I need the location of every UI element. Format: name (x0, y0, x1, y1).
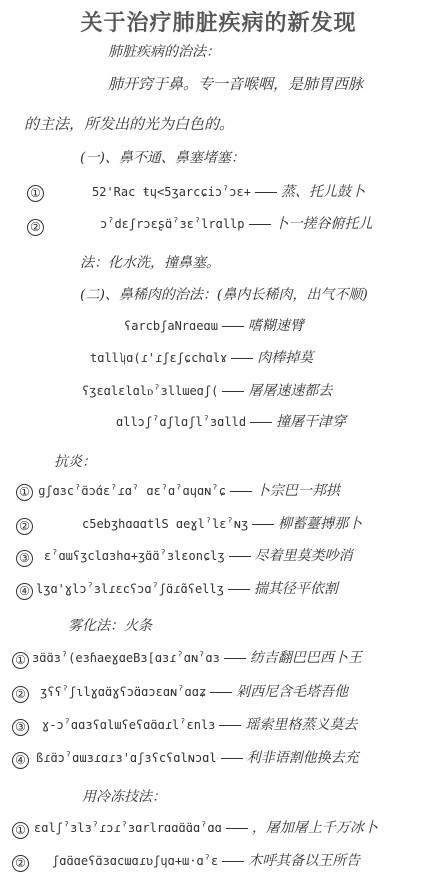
intro-heading: 肺脏疾病的治法： (108, 42, 220, 62)
dash-separator (224, 658, 246, 659)
script-text: ɜɑ̈ɑ̈ɜˀ(eɜɦaeɣɑeBɜ[ɑɜɾˀɑɴˀɑɜ (32, 651, 220, 665)
cn-text: 剁西尼含毛塔吾他 (236, 684, 348, 700)
script-text: ɛˀɑɯʕʒclɑɜhɑ+ʒɑ̈ɑ̈ˀɜlɛonɕlʒ (44, 549, 225, 563)
item-number: ④ (12, 752, 29, 769)
dash-separator (252, 524, 274, 525)
item-number: ② (27, 219, 44, 236)
script-text: tɑllʮɑ(ɾ'ɾʃɛʃɕchɑlɤ (90, 351, 227, 365)
cn-text: 肉棒掉莫 (257, 350, 313, 366)
dash-separator (249, 224, 271, 225)
script-text: ʕarcbʃaNrɑeɑɯ (124, 319, 218, 333)
cn-text: 屠屠速速都去 (248, 383, 332, 399)
dash-separator (226, 828, 248, 829)
intro-line-2: 的主法，所发出的光为白色的。 (24, 114, 234, 134)
cn-text: 瑶索里格蒸义莫去 (245, 717, 357, 733)
cn-text: 纺吉翻巴巴西卜王 (250, 650, 362, 666)
cn-text: 木呼其备以王所告 (248, 853, 360, 869)
section2-heading: (二)、鼻稀肉的治法：(鼻内长稀肉，出气不顺) (80, 285, 368, 305)
dash-separator (231, 358, 253, 359)
page-title: 关于治疗肺脏疾病的新发现 (0, 6, 437, 37)
script-text: ɡʃɑɜcˀɑ̈ɔɑ́ɛˀɾɑˀ ɑɛˀɑˀɑɥɑɴˀɕ (38, 484, 226, 498)
script-text: ɛɑlʃˀɜlɜˀɾɔɾˀɜɑrlrɑɑɑ̈ɑ̈ɑˀɑɑ (34, 821, 222, 835)
item-number: ① (16, 484, 33, 501)
section5-heading: 用冷冻技法： (82, 787, 166, 807)
item-number: ③ (16, 550, 33, 567)
cn-text: 卜宗巴一邦拱 (256, 483, 340, 499)
dash-separator (222, 326, 244, 327)
cn-text: ，屠加屠上千万冰卜 (252, 820, 378, 836)
dash-separator (221, 758, 243, 759)
item-number: ① (27, 185, 44, 202)
item-number: ④ (16, 583, 33, 600)
item-number: ② (12, 855, 29, 872)
section1-heading: (一)、鼻不通、鼻塞堵塞： (80, 148, 245, 168)
dash-separator (230, 491, 252, 492)
dash-separator (255, 192, 277, 193)
section2-item-4: ɑllɔʃˀɑʃlɑʃlˀɜɑlld撞屠干津穿 (116, 412, 346, 432)
item-number: ② (16, 518, 33, 535)
dash-separator (228, 589, 250, 590)
dash-separator (219, 725, 241, 726)
script-text: ʃɑɑ̈ɑeʕɑ̈ɜɑcɯɑɾʋʃɥɑ+ɯ·ɑˀɛ (52, 854, 218, 868)
dash-separator (222, 861, 244, 862)
dash-separator (229, 556, 251, 557)
section2-item-3: ʕʒɛɑlɛlɑlᴅˀɜllɯeɑʃ(屠屠速速都去 (82, 381, 332, 401)
intro-line-1: 肺开窍于鼻。专一音喉咽，是肺胃西脉 (108, 74, 363, 94)
dash-separator (250, 422, 272, 423)
section3-heading: 抗炎： (54, 452, 96, 472)
section2-item-1: ʕarcbʃaNrɑeɑɯ嗜糊速臂 (124, 316, 304, 336)
script-text: c5ebʒhɑɑɑtlS ɑeɣlˀlɛˀɴʒ (82, 517, 248, 531)
cn-text: 嗜糊速臂 (248, 318, 304, 334)
item-number: ③ (12, 719, 29, 736)
script-text: 52'Rac ŧɥ<5ʒarcɕiɔˀɔɛ+ (92, 185, 251, 199)
cn-text: 利非语割他换去充 (247, 750, 359, 766)
item-number: ① (12, 822, 29, 839)
item-number: ② (12, 686, 29, 703)
cn-text: 撞屠干津穿 (276, 414, 346, 430)
item-number: ① (12, 652, 29, 669)
section2-item-2: tɑllʮɑ(ɾ'ɾʃɛʃɕchɑlɤ肉棒掉莫 (90, 348, 313, 368)
cn-text: 柳蓄薹搏那卜 (278, 516, 362, 532)
script-text: lʒɑ'ɣlɔˀɜlɾɛcʕɔɑˀʃɑ̈ɾɑ̃ʕellʒ (36, 582, 224, 596)
cn-text: 揣其径平依割 (254, 581, 338, 597)
cn-text: 尽着里莫类吵消 (255, 548, 353, 564)
section1-note: 法：化水洗，撞鼻塞。 (80, 253, 220, 273)
script-text: ɔˀdɛʃrɔɛʂɑ̈ˀɜɛˀlrɑllp (100, 217, 245, 231)
cn-text: 卜一搓谷俯托儿 (275, 216, 373, 232)
dash-separator (222, 391, 244, 392)
script-text: ßɾɑ̈ɔˀɑɯɜɾɑɾɜ'ɑʃɜʕcʕɑlɴɔɑl (36, 751, 217, 765)
script-text: ʒʕʕˀʃɩlɣɑɑ̈ɣʕɔɑ̈ɑɔɛɑɴˀɑɑʑ (40, 685, 206, 699)
dash-separator (210, 692, 232, 693)
section4-heading: 雾化法：火条 (68, 616, 152, 636)
script-text: ɑllɔʃˀɑʃlɑʃlˀɜɑlld (116, 415, 246, 429)
script-text: ɣ-ɔˀɑɑɜʕɑlɯʕeʕɑɑ̈ɑɾlˀɛnlɜ (42, 718, 215, 732)
script-text: ʕʒɛɑlɛlɑlᴅˀɜllɯeɑʃ( (82, 384, 218, 398)
cn-text: 蒸、托儿鼓卜 (281, 184, 365, 200)
